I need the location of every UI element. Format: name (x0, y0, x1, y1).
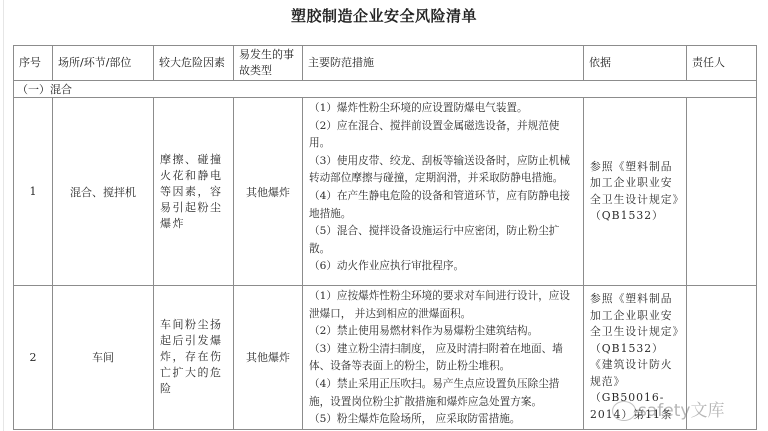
row-accident-type: 其他爆炸 (234, 286, 303, 430)
risk-list-table: 序号 场所/环节/部位 较大危险因素 易发生的事故类型 主要防范措施 依据 责任… (13, 45, 757, 430)
header-measures: 主要防范措施 (303, 46, 584, 81)
measure-item: （6）动火作业应执行审批程序。 (309, 258, 577, 276)
document-title: 塑胶制造企业安全风险清单 (0, 5, 768, 26)
row-location: 混合、搅拌机 (53, 98, 154, 286)
basis-item: 参照《塑料制品加工企业职业安全卫生设计规定》（QB1532） (590, 159, 680, 225)
measure-item: （1）爆炸性粉尘环境的应设置防爆电气装置。 (309, 100, 577, 118)
header-hazard: 较大危险因素 (154, 46, 234, 81)
row-hazard: 车间粉尘扬起后引发爆炸，存在伤亡扩大的危险 (154, 286, 234, 430)
header-seq: 序号 (14, 46, 53, 81)
row-seq: 2 (14, 286, 53, 430)
row-location: 车间 (53, 286, 154, 430)
measure-item: （4）禁止采用正压吹扫。易产生点应设置负压除尘措施，设置岗位粉尘扩散措施和爆炸应… (309, 376, 577, 411)
measure-item: （3）使用皮带、绞龙、刮板等输送设备时，应防止机械转动部位摩擦与碰撞，定期润滑，… (309, 153, 577, 188)
section-row: （一）混合 (14, 81, 757, 98)
measure-item: （4）在产生静电危险的设备和管道环节，应有防静电接地措施。 (309, 188, 577, 223)
watermark: safety文库 (612, 396, 724, 421)
header-basis: 依据 (584, 46, 687, 81)
measure-item: （2）禁止使用易燃材料作为易爆粉尘建筑结构。 (309, 323, 577, 341)
measure-item: （5）混合、搅拌设备设施运行中应密闭，防止粉尘扩散。 (309, 223, 577, 258)
watermark-text: safety文库 (638, 401, 724, 421)
page-left-rule (3, 0, 4, 431)
row-hazard: 摩擦、碰撞火花和静电等因素，容易引起粉尘爆炸 (154, 98, 234, 286)
row-responsible (687, 98, 757, 286)
measure-item: （2）应在混合、搅拌前设置金属磁选设备，并规范使用。 (309, 118, 577, 153)
row-measures: （1）应按爆炸性粉尘环境的要求对车间进行设计，应设泄爆口， 并达到相应的泄爆面积… (303, 286, 584, 430)
measure-item: （3）建立粉尘清扫制度， 应及时清扫附着在地面、墙体、设备等表面上的粉尘，防止粉… (309, 341, 577, 376)
wechat-logo-icon (612, 401, 636, 421)
row-measures: （1）爆炸性粉尘环境的应设置防爆电气装置。 （2）应在混合、搅拌前设置金属磁选设… (303, 98, 584, 286)
table-row: 1 混合、搅拌机 摩擦、碰撞火花和静电等因素，容易引起粉尘爆炸 其他爆炸 （1）… (14, 98, 757, 286)
header-location: 场所/环节/部位 (53, 46, 154, 81)
header-responsible: 责任人 (687, 46, 757, 81)
row-seq: 1 (14, 98, 53, 286)
basis-item: 参照《塑料制品加工企业职业安全卫生设计规定》（QB1532） (590, 291, 680, 357)
row-accident-type: 其他爆炸 (234, 98, 303, 286)
row-basis: 参照《塑料制品加工企业职业安全卫生设计规定》（QB1532） (584, 98, 687, 286)
section-title: （一）混合 (14, 81, 757, 98)
measure-item: （5）粉尘爆炸危险场所， 应采取防雷措施。 (309, 411, 577, 429)
header-accident-type: 易发生的事故类型 (234, 46, 303, 81)
header-row: 序号 场所/环节/部位 较大危险因素 易发生的事故类型 主要防范措施 依据 责任… (14, 46, 757, 81)
measure-item: （1）应按爆炸性粉尘环境的要求对车间进行设计，应设泄爆口， 并达到相应的泄爆面积… (309, 288, 577, 323)
